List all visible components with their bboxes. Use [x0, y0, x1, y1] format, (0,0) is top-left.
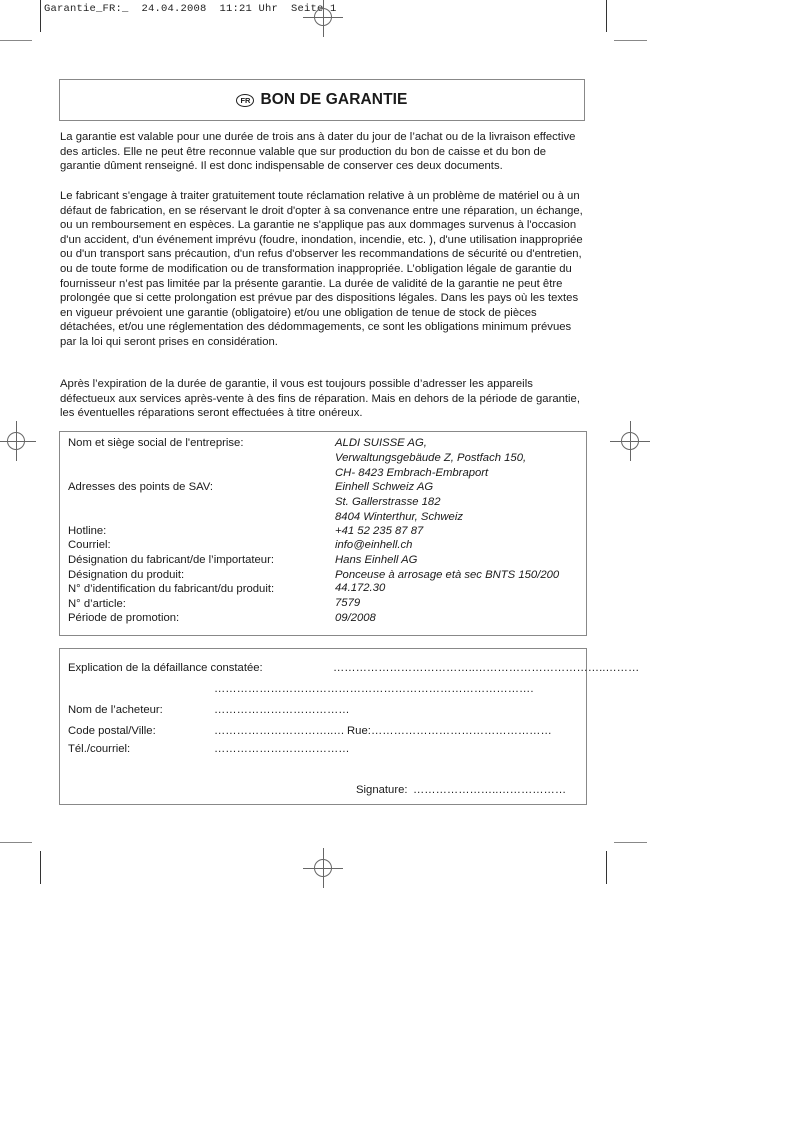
paragraph-validity: La garantie est valable pour une durée d… — [60, 130, 590, 174]
customer-form-box: Explication de la défaillance constatée:… — [59, 648, 587, 805]
language-badge-icon: FR — [236, 94, 254, 107]
article-number-label: N° d’article: — [68, 597, 126, 612]
crop-mark-bottom-left-h — [0, 842, 32, 843]
promotion-period-value: 09/2008 — [335, 611, 376, 626]
manufacturer-label: Désignation du fabricant/de l’importateu… — [68, 553, 274, 568]
service-line-3: 8404 Winterthur, Schweiz — [335, 510, 463, 525]
product-id-label: N° d’identification du fabricant/du prod… — [68, 582, 274, 597]
defect-field-line-2[interactable]: …………………………………………………………………………. — [214, 682, 533, 696]
crop-mark-bottom-left-v — [40, 851, 41, 884]
signature-field[interactable]: …………………..……………… — [413, 783, 566, 797]
defect-field-line-1[interactable]: ………………………………..……………………………..……… — [333, 661, 639, 675]
email-value: info@einhell.ch — [335, 538, 412, 553]
paragraph-after-expiry: Après l’expiration de la durée de garant… — [60, 377, 590, 421]
phone-email-label: Tél./courriel: — [68, 742, 130, 756]
postal-city-label: Code postal/Ville: — [68, 724, 156, 738]
email-label: Courriel: — [68, 538, 111, 553]
defect-label: Explication de la défaillance constatée: — [68, 661, 263, 675]
print-slug-line: Garantie_FR:_ 24.04.2008 11:21 Uhr Seite… — [44, 3, 337, 15]
title-box: FR BON DE GARANTIE — [59, 79, 585, 121]
service-line-1: Einhell Schweiz AG — [335, 480, 433, 495]
hotline-label: Hotline: — [68, 524, 106, 539]
service-line-2: St. Gallerstrasse 182 — [335, 495, 440, 510]
paragraph-manufacturer-terms: Le fabricant s'engage à traiter gratuite… — [60, 189, 590, 350]
product-label: Désignation du produit: — [68, 568, 184, 583]
product-id-value: 44.172.30 — [335, 581, 385, 596]
street-label: Rue: — [347, 724, 371, 738]
hotline-value: +41 52 235 87 87 — [335, 524, 423, 539]
page-title: BON DE GARANTIE — [260, 91, 407, 109]
crop-mark-top-right-v — [606, 0, 607, 32]
company-info-box: Nom et siège social de l'entreprise: ALD… — [59, 431, 587, 636]
crop-mark-top-right-h — [614, 40, 647, 41]
article-number-value: 7579 — [335, 596, 360, 611]
registration-mark-bottom — [303, 848, 343, 888]
crop-mark-top-left-v — [40, 0, 41, 32]
street-field[interactable]: ………………………………………… — [371, 724, 552, 738]
phone-email-field[interactable]: ……………………………… — [214, 742, 350, 756]
buyer-name-field[interactable]: ……………………………… — [214, 703, 350, 717]
service-label: Adresses des points de SAV: — [68, 480, 213, 495]
buyer-name-label: Nom de l’acheteur: — [68, 703, 163, 717]
company-line-3: CH- 8423 Embrach-Embraport — [335, 466, 488, 481]
crop-mark-top-left-h — [0, 40, 32, 41]
company-line-1: ALDI SUISSE AG, — [335, 436, 427, 451]
crop-mark-bottom-right-h — [614, 842, 647, 843]
registration-mark-left — [0, 421, 36, 461]
manufacturer-value: Hans Einhell AG — [335, 553, 417, 568]
signature-label: Signature: — [356, 783, 408, 797]
registration-mark-top — [303, 0, 343, 37]
crop-mark-bottom-right-v — [606, 851, 607, 884]
promotion-period-label: Période de promotion: — [68, 611, 179, 626]
registration-mark-right — [610, 421, 650, 461]
company-label: Nom et siège social de l'entreprise: — [68, 436, 243, 451]
company-line-2: Verwaltungsgebäude Z, Postfach 150, — [335, 451, 526, 466]
postal-city-field[interactable]: …………………………..… — [214, 724, 345, 738]
